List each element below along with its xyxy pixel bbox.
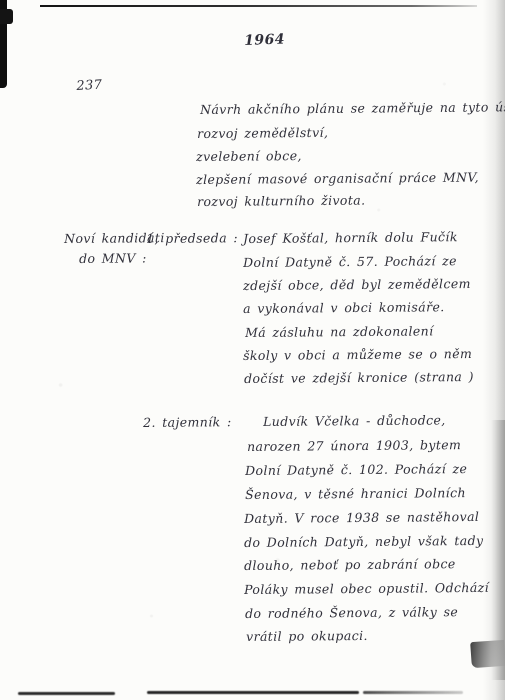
scan-top-line xyxy=(40,5,477,7)
page-number: 237 xyxy=(76,78,103,94)
entry2-line-2: narozen 27 února 1903, bytem xyxy=(247,437,461,454)
entry2-line-1: Ludvík Včelka - důchodce, xyxy=(263,412,446,429)
scan-smudge xyxy=(470,640,505,668)
entry1-line-3: zdejší obce, děd byl zemědělcem xyxy=(243,276,471,293)
entry2-line-4: Šenova, v těsné hranici Dolních xyxy=(245,485,466,502)
entry1-role-label: 1, předseda : xyxy=(146,230,238,246)
intro-line-5: rozvoj kulturního života. xyxy=(197,193,366,209)
intro-line-1: Návrh akčního plánu se zaměřuje na tyto … xyxy=(200,99,505,117)
entry1-line-1: Josef Košťal, horník dolu Fučík xyxy=(243,229,458,246)
scan-edge-bump xyxy=(0,9,13,24)
scan-bottom-line-1 xyxy=(18,692,115,695)
entry2-line-3: Dolní Datyně č. 102. Pochází ze xyxy=(245,461,467,478)
margin-note-line-2: do MNV : xyxy=(79,250,147,266)
entry1-line-7: dočíst ve zdejší kronice (strana ) xyxy=(244,369,474,386)
entry1-line-6: školy v obci a můžeme se o něm xyxy=(243,346,472,363)
entry2-role-label: 2. tajemník : xyxy=(143,414,232,430)
intro-line-2: rozvoj zemědělství, xyxy=(197,125,328,141)
entry2-line-10: vrátil po okupaci. xyxy=(246,628,368,644)
scan-bottom-line-3 xyxy=(363,691,463,694)
scan-bottom-line-2 xyxy=(147,691,359,694)
entry2-line-9: do rodného Šenova, z války se xyxy=(245,604,458,621)
intro-line-4: zlepšení masové organisační práce MNV, xyxy=(196,170,479,187)
intro-line-3: zvelebení obce, xyxy=(196,148,302,164)
scanned-page: 1964 237 Návrh akčního plánu se zaměřuje… xyxy=(0,0,505,700)
entry1-line-4: a vykonával v obci komisáře. xyxy=(243,299,445,316)
entry1-line-2: Dolní Datyně č. 57. Pochází ze xyxy=(243,253,457,270)
entry2-line-6: do Dolních Datyň, nebyl však tady xyxy=(244,533,483,550)
entry2-line-8: Poláky musel obec opustil. Odchází xyxy=(244,580,489,597)
year-label: 1964 xyxy=(244,32,285,49)
entry2-line-7: dlouho, neboť po zabrání obce xyxy=(244,556,456,573)
entry1-line-5: Má zásluhu na zdokonalení xyxy=(245,323,434,340)
entry2-line-5: Datyň. V roce 1938 se nastěhoval xyxy=(244,509,479,526)
